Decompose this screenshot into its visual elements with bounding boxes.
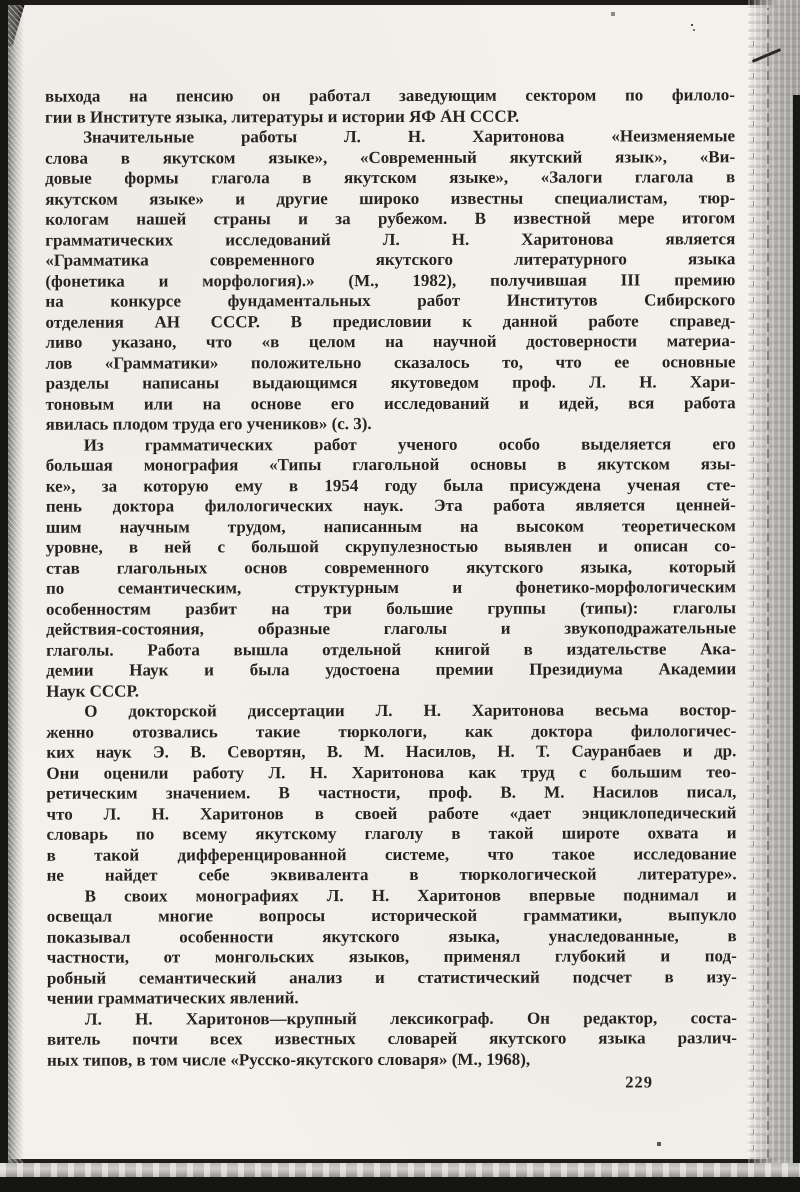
text-line: слова в якутском языке», «Современный як… (45, 147, 735, 169)
text-line: довые формы глагола в якутском языке», «… (45, 167, 735, 189)
text-column: выхода на пенсию он работал заведующим с… (45, 85, 737, 1094)
text-line: ких наук Э. В. Севортян, В. М. Насилов, … (46, 741, 736, 763)
text-line: демии Наук и была удостоена премии Прези… (46, 659, 736, 681)
text-line: О докторской диссертации Л. Н. Харитонов… (46, 700, 736, 722)
page-left-edge-shadow (8, 5, 24, 1165)
text-line: лов «Грамматики» положительно сказалось … (46, 352, 736, 374)
text-line: «Грамматика современного якутского литер… (45, 249, 735, 271)
text-line: разделы написаны выдающимся якутоведом п… (46, 372, 736, 394)
text-line: тоновым или на основе его исследований и… (46, 393, 736, 415)
text-line: ливо указано, что «в целом на научной до… (45, 331, 735, 353)
page-edge-dashed-line (753, 30, 754, 1150)
text-line: ке», за которую ему в 1954 году была при… (46, 475, 736, 497)
text-line: действия-состояния, образные глаголы и з… (46, 618, 736, 640)
text-line: на конкурсе фундаментальных работ Инстит… (45, 290, 735, 312)
text-line: пень доктора филологических наук. Эта ра… (46, 495, 736, 517)
text-line: уровне, в ней с большой скрупулезностью … (46, 536, 736, 558)
text-line: частности, от монгольских языков, примен… (47, 946, 737, 968)
text-line: гии в Институте языка, литературы и исто… (45, 106, 735, 128)
text-line: в такой дифференцированной системе, что … (47, 844, 737, 866)
scanner-bed-bottom-edge (0, 1177, 800, 1192)
text-line: отделения АН СССР. В предисловии к данно… (45, 311, 735, 333)
text-line: по семантическим, структурным и фонетико… (46, 577, 736, 599)
text-line: (фонетика и морфология).» (М., 1982), по… (45, 270, 735, 292)
text-line: явилась плодом труда его учеников» (с. 3… (46, 413, 736, 435)
text-line: Наук СССР. (46, 680, 736, 702)
text-line: витель почти всех известных словарей яку… (47, 1028, 737, 1050)
text-line: ных типов, в том числе «Русско-якутского… (47, 1049, 737, 1071)
text-line: глаголы. Работа вышла отдельной книгой в… (46, 639, 736, 661)
text-line: освещал многие вопросы исторической грам… (47, 905, 737, 927)
scanner-bed-right-edge (793, 95, 800, 1192)
text-line: словарь по всему якутскому глаголу в так… (46, 823, 736, 845)
text-line: Значительные работы Л. Н. Харитонова «Не… (45, 126, 735, 148)
text-line: особенностям разбит на три большие групп… (46, 598, 736, 620)
page-bottom-edge-shadow (0, 1163, 800, 1178)
text-line: кологам нашей страны и за рубежом. В изв… (45, 208, 735, 230)
scanner-bed-left-edge (0, 0, 8, 1192)
text-line: Л. Н. Харитонов—крупный лексикограф. Он … (47, 1008, 737, 1030)
text-line: большая монография «Типы глагольной осно… (46, 454, 736, 476)
text-line: В своих монографиях Л. Н. Харитонов впер… (47, 885, 737, 907)
scanned-book-page: выхода на пенсию он работал заведующим с… (0, 0, 800, 1192)
text-line: якутском языке» и другие широко известны… (45, 188, 735, 210)
text-line: Из грамматических работ ученого особо вы… (46, 434, 736, 456)
text-line: грамматических исследований Л. Н. Харито… (45, 229, 735, 251)
text-line: став глагольных основ современного якутс… (46, 557, 736, 579)
dust-specks (0, 0, 2, 2)
text-line: показывал особенности якутского языка, у… (47, 926, 737, 948)
page-number: 229 (47, 1072, 737, 1094)
text-line: Они оценили работу Л. Н. Харитонова как … (46, 762, 736, 784)
text-line: не найдет себе эквивалента в тюркологиче… (47, 864, 737, 886)
scanner-bed-top-edge (0, 0, 800, 5)
text-line: робный семантический анализ и статистиче… (47, 967, 737, 989)
page-edge-line (767, 8, 769, 1158)
text-line: чении грамматических явлений. (47, 987, 737, 1009)
text-line: что Л. Н. Харитонов в своей работе «дает… (46, 803, 736, 825)
text-line: выхода на пенсию он работал заведующим с… (45, 85, 735, 107)
text-line: женно отозвались такие тюркологи, как до… (46, 721, 736, 743)
text-line: шим научным трудом, написанным на высоко… (46, 516, 736, 538)
text-line: ретическим значением. В частности, проф.… (46, 782, 736, 804)
